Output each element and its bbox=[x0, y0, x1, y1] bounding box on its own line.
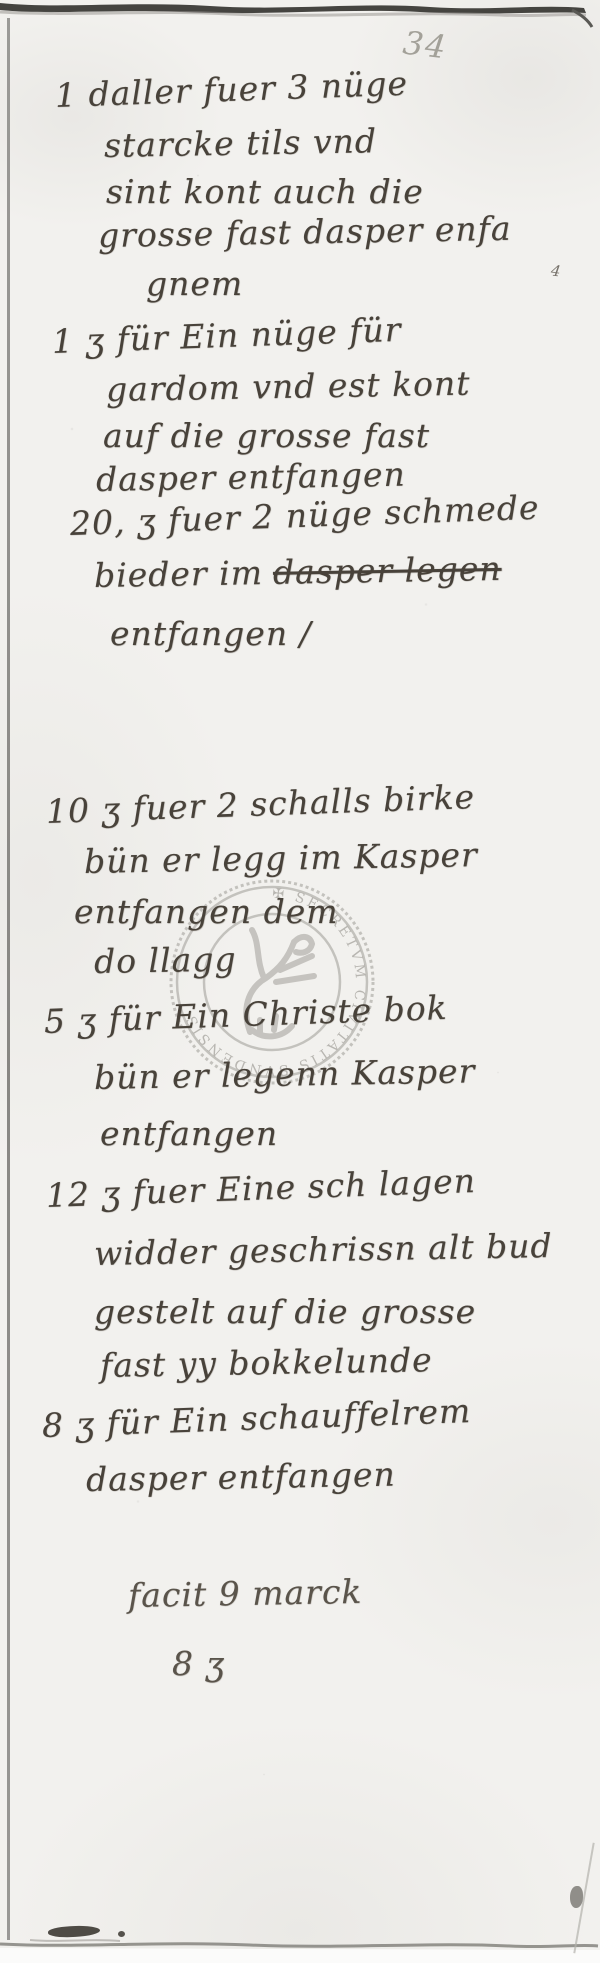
manuscript-line: starcke tils vnd bbox=[104, 121, 378, 165]
manuscript-line: fast yy bokkelunde bbox=[100, 1340, 433, 1385]
manuscript-line: dasper entfangen bbox=[96, 455, 406, 499]
manuscript-line: gestelt auf die grosse bbox=[94, 1292, 476, 1331]
manuscript-line: bieder imdasper legen bbox=[94, 549, 502, 595]
edge-stain bbox=[570, 1886, 583, 1908]
total-amount: 8 ʒ bbox=[172, 1644, 225, 1683]
manuscript-line: widder geschrissn alt bud bbox=[94, 1226, 553, 1273]
struck-through-words: dasper legen bbox=[273, 549, 502, 592]
manuscript-line: dasper entfangen bbox=[86, 1455, 396, 1499]
manuscript-line: gardom vnd est kont bbox=[106, 364, 471, 409]
total-line: facit 9 marck bbox=[128, 1572, 363, 1615]
ink-dot bbox=[118, 1931, 125, 1937]
manuscript-line: gnem bbox=[146, 264, 243, 303]
manuscript-line: grosse fast dasper enfa bbox=[98, 209, 512, 255]
manuscript-line: bün er legenn Kasper bbox=[94, 1051, 476, 1097]
manuscript-line: entfangen / bbox=[110, 614, 312, 653]
line-fragment: bieder im bbox=[94, 553, 264, 595]
manuscript-line: auf die grosse fast bbox=[103, 416, 430, 455]
binding-edge bbox=[7, 18, 10, 1940]
page-top-edge bbox=[0, 0, 600, 30]
manuscript-line: entfangen dem bbox=[74, 892, 339, 931]
margin-mark: 4 bbox=[550, 261, 562, 280]
manuscript-line: entfangen bbox=[100, 1114, 278, 1153]
manuscript-line: sint kont auch die bbox=[106, 172, 424, 211]
manuscript-line: do llagg bbox=[94, 940, 237, 981]
page-bottom-edge bbox=[0, 1932, 600, 1960]
manuscript-scan: 34 4 ✠ SECRETVM CIVITATIS SVNDENSIS 1 da… bbox=[0, 0, 600, 1963]
manuscript-line: bün er legg im Kasper bbox=[84, 835, 478, 881]
